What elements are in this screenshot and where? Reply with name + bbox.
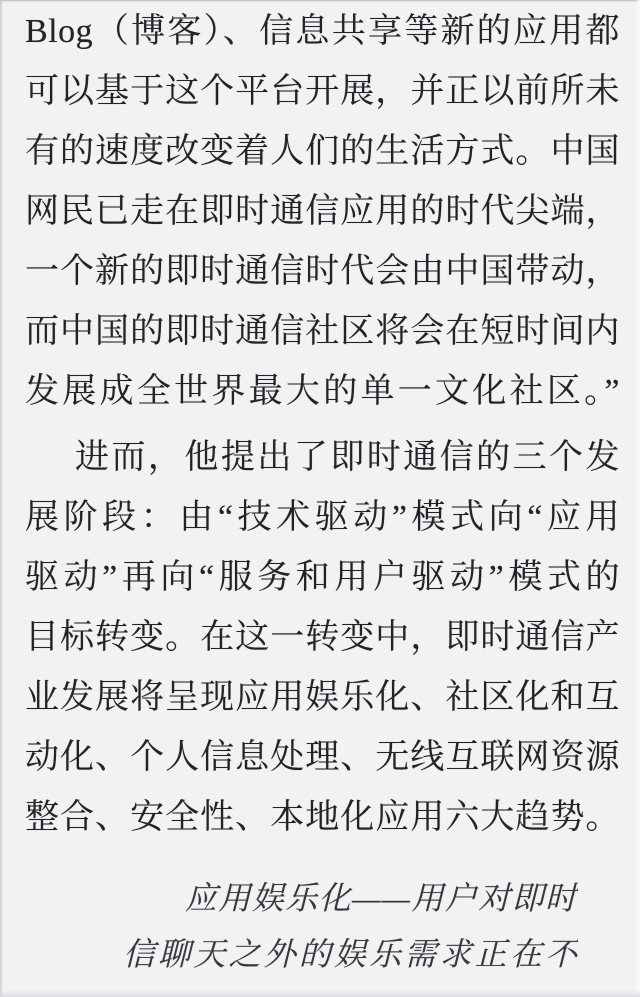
text-line: 而中国的即时通信社区将会在短时间内 bbox=[25, 302, 620, 362]
text-line: 可以基于这个平台开展，并正以前所未 bbox=[25, 62, 620, 122]
paragraph-three-stages: 进而，他提出了即时通信的三个发 展阶段：由“技术驱动”模式向“应用 驱动”再向“… bbox=[25, 428, 620, 848]
text-line: 一个新的即时通信时代会由中国带动， bbox=[25, 242, 620, 302]
text-line: 展阶段：由“技术驱动”模式向“应用 bbox=[25, 488, 620, 548]
text-line: 业发展将呈现应用娱乐化、社区化和互 bbox=[25, 668, 620, 728]
reader-page[interactable]: Blog（博客）、信息共享等新的应用都 可以基于这个平台开展，并正以前所未 有的… bbox=[0, 0, 640, 997]
text-line: 动化、个人信息处理、无线互联网资源 bbox=[25, 728, 620, 788]
page-body-text: Blog（博客）、信息共享等新的应用都 可以基于这个平台开展，并正以前所未 有的… bbox=[0, 0, 640, 982]
paragraph-continuation-quote: Blog（博客）、信息共享等新的应用都 可以基于这个平台开展，并正以前所未 有的… bbox=[25, 2, 620, 422]
text-line: 目标转变。在这一转变中，即时通信产 bbox=[25, 608, 620, 668]
text-line: 信聊天之外的娱乐需求正在不断增 bbox=[123, 926, 578, 982]
text-line: Blog（博客）、信息共享等新的应用都 bbox=[25, 2, 620, 62]
text-line: 发展成全世界最大的单一文化社区。” bbox=[25, 362, 620, 422]
text-line: 网民已走在即时通信应用的时代尖端， bbox=[25, 182, 620, 242]
page-bottom-edge-shadow bbox=[0, 990, 640, 997]
text-line: 应用娱乐化——用户对即时通 bbox=[123, 870, 578, 926]
text-line: 驱动”再向“服务和用户驱动”模式的 bbox=[25, 548, 620, 608]
text-line: 整合、安全性、本地化应用六大趋势。 bbox=[25, 788, 620, 848]
paragraph-kai-emphasis-trend: 应用娱乐化——用户对即时通 信聊天之外的娱乐需求正在不断增 bbox=[123, 870, 578, 982]
text-line: 进而，他提出了即时通信的三个发 bbox=[25, 428, 620, 488]
text-line: 有的速度改变着人们的生活方式。中国 bbox=[25, 122, 620, 182]
